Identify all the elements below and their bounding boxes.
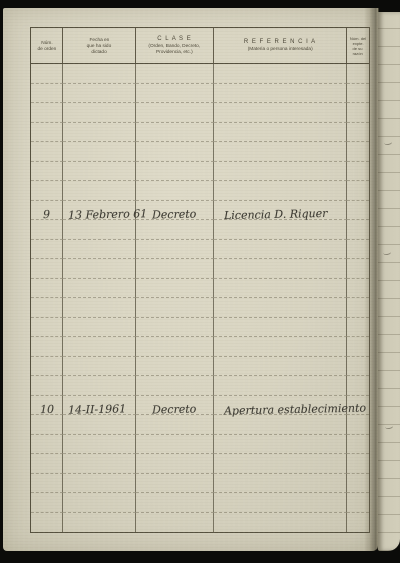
- table-cell: [214, 142, 347, 162]
- table-row: [31, 376, 369, 396]
- table-cell: [63, 162, 136, 182]
- handwritten-entry-fecha: 13 Febrero 61: [68, 208, 147, 221]
- table-cell: [136, 474, 214, 494]
- handwritten-entry-referencia: Apertura establecimiento: [224, 403, 366, 417]
- header-text: de su: [353, 46, 363, 51]
- table-cell: [63, 337, 136, 357]
- table-cell: [214, 435, 347, 455]
- table-cell: [136, 259, 214, 279]
- header-cell-fecha: Fecha en que ha sido dictado: [63, 28, 136, 63]
- header-text: expte.: [352, 41, 363, 46]
- header-text: Providencia, etc.): [156, 49, 193, 55]
- page-edge-mark: [384, 139, 393, 145]
- table-cell: [63, 181, 136, 201]
- table-cell: [214, 337, 347, 357]
- table-row: [31, 513, 369, 533]
- header-text: R E F E R E N C I A: [244, 39, 316, 46]
- table-cell: [136, 181, 214, 201]
- table-row: [31, 240, 369, 260]
- table-cell: [136, 103, 214, 123]
- table-cell: [31, 415, 63, 435]
- header-text: (Materia o persona interesada): [248, 46, 313, 52]
- table-cell: [31, 357, 63, 377]
- table-cell: [136, 357, 214, 377]
- table-cell: Decreto: [136, 396, 214, 416]
- table-cell: [31, 493, 63, 513]
- table-cell: [214, 415, 347, 435]
- handwritten-entry-clase: Decreto: [152, 209, 197, 221]
- table-cell: [63, 513, 136, 533]
- table-cell: [63, 279, 136, 299]
- table-cell: [63, 64, 136, 84]
- table-row: [31, 474, 369, 494]
- binding-shadow: [364, 8, 379, 551]
- table-cell: 14-II-1961: [63, 396, 136, 416]
- table-cell: [31, 84, 63, 104]
- table-cell: [63, 103, 136, 123]
- table-cell: [214, 103, 347, 123]
- handwritten-entry-referencia: Licencia D. Riquer: [224, 208, 328, 221]
- table-cell: [63, 415, 136, 435]
- table-cell: [63, 240, 136, 260]
- table-cell: [136, 64, 214, 84]
- table-cell: [63, 142, 136, 162]
- table-cell: [136, 435, 214, 455]
- header-text: razón: [353, 51, 363, 56]
- table-cell: [214, 279, 347, 299]
- table-body: 913 Febrero 61DecretoLicencia D. Riquer1…: [31, 64, 369, 532]
- table-header: Núm. de orden Fecha en que ha sido dicta…: [31, 28, 369, 64]
- table-cell: [63, 474, 136, 494]
- table-row: [31, 123, 369, 143]
- table-cell: [136, 162, 214, 182]
- table-row: [31, 279, 369, 299]
- table-cell: [31, 279, 63, 299]
- table-row: [31, 64, 369, 84]
- table-cell: [31, 454, 63, 474]
- table-cell: [136, 493, 214, 513]
- table-cell: [214, 357, 347, 377]
- registry-table: Núm. de orden Fecha en que ha sido dicta…: [30, 27, 370, 533]
- table-row: [31, 162, 369, 182]
- table-cell: [63, 220, 136, 240]
- next-page-edge: [378, 12, 400, 551]
- table-cell: [214, 64, 347, 84]
- table-cell: [136, 142, 214, 162]
- table-row: [31, 220, 369, 240]
- header-text: dictado: [91, 49, 106, 55]
- table-cell: [214, 298, 347, 318]
- handwritten-entry-num_orden: 9: [43, 209, 50, 220]
- table-cell: Apertura establecimiento: [214, 396, 347, 416]
- handwritten-entry-clase: Decreto: [152, 404, 197, 416]
- table-cell: [63, 357, 136, 377]
- table-cell: [31, 142, 63, 162]
- header-text: que ha sido: [87, 43, 112, 49]
- table-cell: [31, 298, 63, 318]
- table-cell: [136, 337, 214, 357]
- table-cell: [136, 84, 214, 104]
- header-text: C L A S E: [157, 36, 191, 43]
- handwritten-entry-num_orden: 10: [39, 404, 53, 415]
- table-cell: [136, 454, 214, 474]
- table-cell: [136, 220, 214, 240]
- table-cell: [214, 513, 347, 533]
- table-row: [31, 142, 369, 162]
- table-row: [31, 454, 369, 474]
- table-cell: Licencia D. Riquer: [214, 201, 347, 221]
- table-cell: [31, 318, 63, 338]
- table-cell: [214, 493, 347, 513]
- table-cell: [214, 123, 347, 143]
- table-row: [31, 493, 369, 513]
- table-cell: [63, 259, 136, 279]
- table-cell: 13 Febrero 61: [63, 201, 136, 221]
- scan-background: { "page": { "kind": "scanned registry le…: [0, 0, 400, 563]
- table-cell: [31, 103, 63, 123]
- table-cell: [214, 454, 347, 474]
- table-row: [31, 181, 369, 201]
- table-cell: [136, 415, 214, 435]
- table-cell: [214, 84, 347, 104]
- table-cell: [214, 318, 347, 338]
- page-edge-mark: [385, 423, 394, 429]
- table-cell: [63, 84, 136, 104]
- table-cell: [136, 240, 214, 260]
- header-cell-referencia: R E F E R E N C I A (Materia o persona i…: [214, 28, 347, 63]
- ledger-page: Núm. de orden Fecha en que ha sido dicta…: [3, 8, 378, 551]
- table-cell: [63, 376, 136, 396]
- table-cell: [31, 240, 63, 260]
- table-cell: [214, 240, 347, 260]
- table-cell: [31, 123, 63, 143]
- table-row: [31, 337, 369, 357]
- table-cell: [63, 493, 136, 513]
- table-cell: [136, 279, 214, 299]
- table-cell: [136, 513, 214, 533]
- table-cell: [31, 162, 63, 182]
- table-cell: [63, 318, 136, 338]
- header-text: de orden: [37, 46, 56, 52]
- header-text: Fecha en: [89, 37, 109, 43]
- table-cell: [63, 454, 136, 474]
- table-cell: [136, 376, 214, 396]
- table-row: [31, 357, 369, 377]
- page-edge-mark: [383, 249, 392, 255]
- table-cell: [31, 337, 63, 357]
- header-text: Núm.: [41, 40, 52, 46]
- handwritten-entry-fecha: 14-II-1961: [68, 403, 126, 415]
- table-row: [31, 103, 369, 123]
- table-cell: [136, 318, 214, 338]
- table-cell: [31, 435, 63, 455]
- table-cell: 10: [31, 396, 63, 416]
- table-cell: [136, 123, 214, 143]
- table-cell: [136, 298, 214, 318]
- table-cell: [63, 298, 136, 318]
- table-cell: [31, 220, 63, 240]
- table-row: 1014-II-1961DecretoApertura establecimie…: [31, 396, 369, 416]
- table-row: [31, 415, 369, 435]
- table-cell: [214, 259, 347, 279]
- table-cell: Decreto: [136, 201, 214, 221]
- table-cell: [214, 162, 347, 182]
- table-row: [31, 435, 369, 455]
- header-text: (Orden, Bando, Decreto,: [149, 43, 201, 49]
- table-row: [31, 259, 369, 279]
- table-row: [31, 84, 369, 104]
- table-cell: [63, 435, 136, 455]
- table-cell: [31, 376, 63, 396]
- header-cell-clase: C L A S E (Orden, Bando, Decreto, Provid…: [136, 28, 214, 63]
- table-cell: [31, 64, 63, 84]
- table-cell: [214, 474, 347, 494]
- table-cell: [63, 123, 136, 143]
- table-cell: [31, 181, 63, 201]
- table-cell: 9: [31, 201, 63, 221]
- table-cell: [214, 181, 347, 201]
- table-row: 913 Febrero 61DecretoLicencia D. Riquer: [31, 201, 369, 221]
- table-cell: [31, 474, 63, 494]
- table-row: [31, 298, 369, 318]
- table-cell: [214, 376, 347, 396]
- header-cell-num-orden: Núm. de orden: [31, 28, 63, 63]
- table-cell: [214, 220, 347, 240]
- table-cell: [31, 513, 63, 533]
- table-row: [31, 318, 369, 338]
- table-cell: [31, 259, 63, 279]
